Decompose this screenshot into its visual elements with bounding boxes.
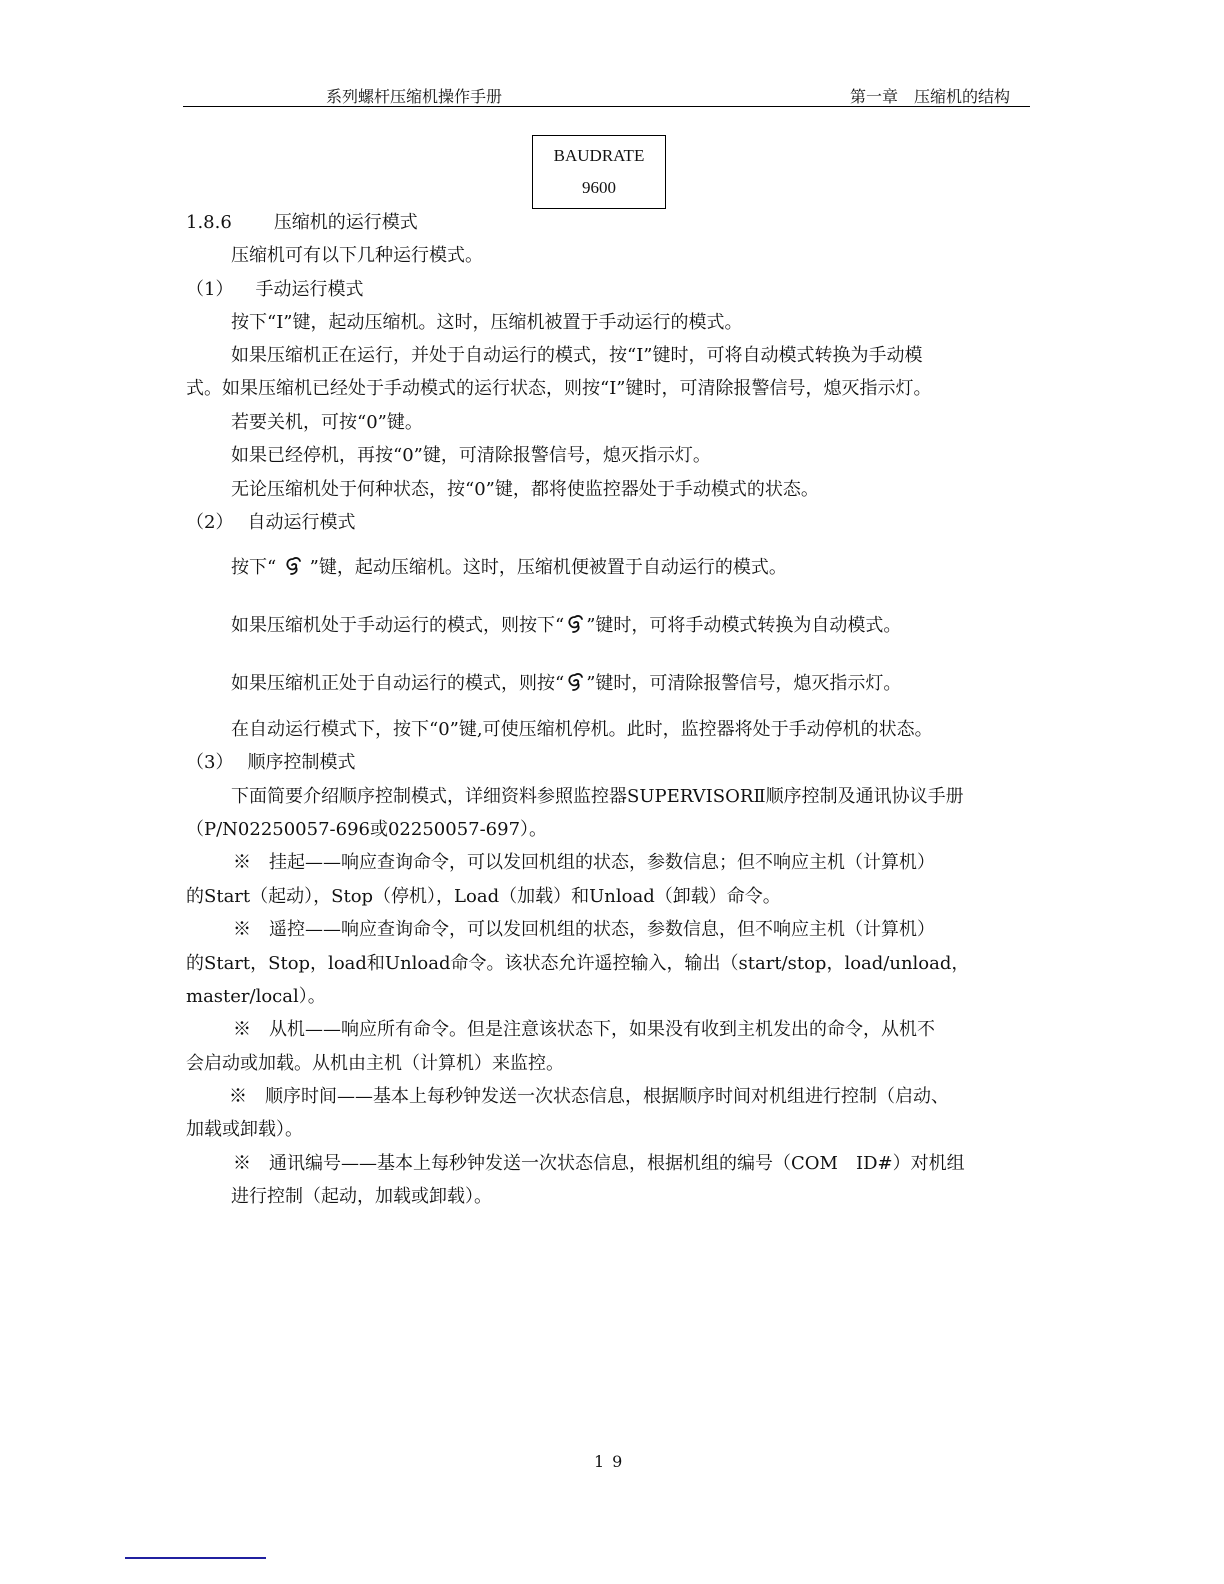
section-title: 压缩机的运行模式 — [274, 212, 418, 233]
mode1-number: （1） — [186, 279, 233, 300]
mode1-paragraph-2a: 如果压缩机正在运行，并处于自动运行的模式，按“I”键时，可将自动模式转换为手动模 — [231, 344, 923, 368]
mode2-heading: （2）自动运行模式 — [186, 511, 355, 535]
text-fragment: ”键时，可清除报警信号，熄灭指示灯。 — [586, 673, 901, 694]
baudrate-label: BAUDRATE — [533, 136, 665, 172]
mode3-paragraph-1b: （P/N02250057-696或02250057-697）。 — [186, 818, 547, 842]
text-fragment: 如果压缩机正处于自动运行的模式，则按“ — [231, 673, 564, 694]
mode-item-sequence-time-line-2: 加载或卸载）。 — [186, 1118, 303, 1142]
mode-item-sequence-time-line-1: ※ 顺序时间——基本上每秒钟发送一次状态信息，根据顺序时间对机组进行控制（启动、 — [229, 1085, 949, 1109]
mode3-paragraph-1a: 下面简要介绍顺序控制模式，详细资料参照监控器SUPERVISORⅡ顺序控制及通讯… — [231, 785, 964, 809]
mode2-paragraph-4: 在自动运行模式下，按下“0”键,可使压缩机停机。此时，监控器将处于手动停机的状态… — [231, 718, 933, 742]
mode-item-suspend-line-1: ※ 挂起——响应查询命令，可以发回机组的状态，参数信息；但不响应主机（计算机） — [233, 851, 935, 875]
text-fragment: 按下“ — [231, 557, 276, 578]
mode-item-comm-id-line-2: 进行控制（起动，加载或卸载）。 — [231, 1185, 492, 1209]
page-number: 19 — [594, 1452, 630, 1471]
auto-start-icon — [564, 671, 586, 693]
mode3-number: （3） — [186, 752, 233, 773]
mode2-title: 自动运行模式 — [247, 512, 355, 533]
section-intro: 压缩机可有以下几种运行模式。 — [231, 244, 483, 268]
mode-item-suspend-line-2: 的Start（起动），Stop（停机），Load（加载）和Unload（卸载）命… — [186, 885, 781, 909]
section-heading: 1.8.6压缩机的运行模式 — [186, 211, 418, 235]
mode2-paragraph-2: 如果压缩机处于手动运行的模式，则按下“”键时，可将手动模式转换为自动模式。 — [231, 613, 901, 638]
mode1-paragraph-1: 按下“I”键，起动压缩机。这时，压缩机被置于手动运行的模式。 — [231, 311, 743, 335]
baudrate-box: BAUDRATE 9600 — [532, 135, 666, 209]
mode1-paragraph-2b: 式。如果压缩机已经处于手动模式的运行状态，则按“I”键时，可清除报警信号，熄灭指… — [186, 377, 932, 401]
mode3-heading: （3）顺序控制模式 — [186, 751, 355, 775]
text-fragment: ”键时，可将手动模式转换为自动模式。 — [586, 615, 901, 636]
mode-item-remote-line-1: ※ 遥控——响应查询命令，可以发回机组的状态，参数信息，但不响应主机（计算机） — [233, 918, 935, 942]
mode1-paragraph-5: 无论压缩机处于何种状态，按“0”键，都将使监控器处于手动模式的状态。 — [231, 478, 819, 502]
text-fragment: 如果压缩机处于手动运行的模式，则按下“ — [231, 615, 564, 636]
text-fragment: ”键，起动压缩机。这时，压缩机便被置于自动运行的模式。 — [310, 557, 787, 578]
chapter-title: 第一章 压缩机的结构 — [850, 84, 1010, 107]
mode1-paragraph-3: 若要关机，可按“0”键。 — [231, 411, 423, 435]
manual-title: 系列螺杆压缩机操作手册 — [326, 84, 502, 107]
mode1-heading: （1）手动运行模式 — [186, 278, 363, 302]
mode2-paragraph-3: 如果压缩机正处于自动运行的模式，则按“”键时，可清除报警信号，熄灭指示灯。 — [231, 671, 901, 696]
auto-start-icon — [282, 555, 304, 577]
baudrate-value: 9600 — [533, 172, 665, 204]
mode3-title: 顺序控制模式 — [247, 752, 355, 773]
auto-start-icon — [564, 613, 586, 635]
mode2-paragraph-1: 按下“ ”键，起动压缩机。这时，压缩机便被置于自动运行的模式。 — [231, 555, 787, 580]
section-number: 1.8.6 — [186, 212, 232, 233]
mode-item-remote-line-2: 的Start，Stop，load和Unload命令。该状态允许遥控输入，输出（s… — [186, 952, 969, 976]
page-header: 系列螺杆压缩机操作手册 第一章 压缩机的结构 — [183, 80, 1030, 107]
mode-item-slave-line-2: 会启动或加载。从机由主机（计算机）来监控。 — [186, 1052, 564, 1076]
mode-item-slave-line-1: ※ 从机——响应所有命令。但是注意该状态下，如果没有收到主机发出的命令，从机不 — [233, 1018, 935, 1042]
mode-item-remote-line-3: master/local）。 — [186, 985, 326, 1009]
footnote-divider — [125, 1557, 266, 1559]
mode1-title: 手动运行模式 — [255, 279, 363, 300]
mode1-paragraph-4: 如果已经停机，再按“0”键，可清除报警信号，熄灭指示灯。 — [231, 444, 711, 468]
mode-item-comm-id-line-1: ※ 通讯编号——基本上每秒钟发送一次状态信息，根据机组的编号（COM ID#）对… — [233, 1152, 965, 1176]
mode2-number: （2） — [186, 512, 233, 533]
